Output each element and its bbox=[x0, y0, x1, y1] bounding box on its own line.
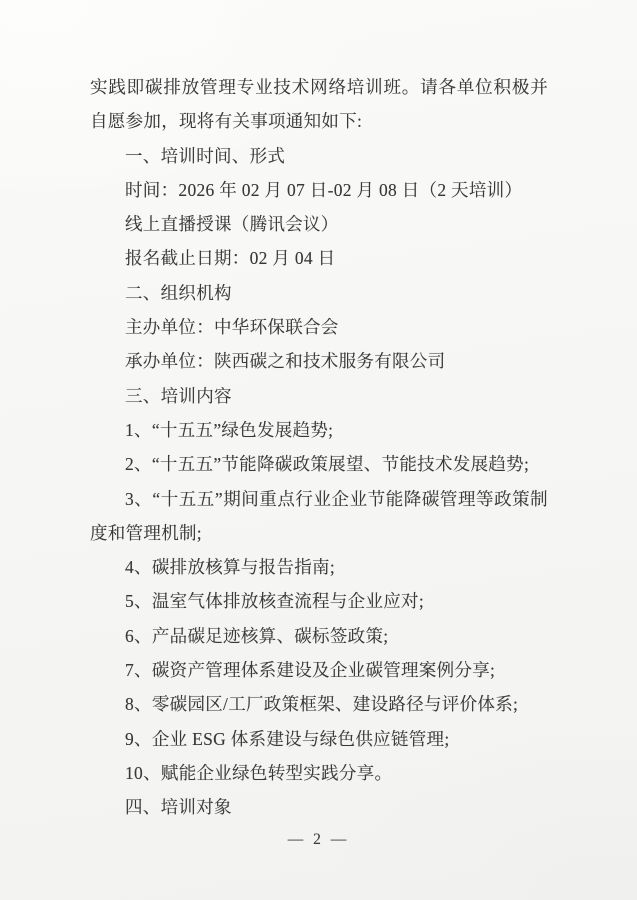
content-item-4: 4、碳排放核算与报告指南; bbox=[90, 550, 548, 584]
page-number: — 2 — bbox=[0, 831, 637, 849]
content-item-10: 10、赋能企业绿色转型实践分享。 bbox=[90, 756, 548, 790]
line-registration-deadline: 报名截止日期：02 月 04 日 bbox=[90, 241, 548, 275]
content-item-2: 2、“十五五”节能降碳政策展望、节能技术发展趋势; bbox=[90, 447, 548, 481]
paragraph-continuation: 实践即碳排放管理专业技术网络培训班。请各单位积极并自愿参加，现将有关事项通知如下… bbox=[90, 70, 548, 139]
content-item-1: 1、“十五五”绿色发展趋势; bbox=[90, 413, 548, 447]
content-item-7: 7、碳资产管理体系建设及企业碳管理案例分享; bbox=[90, 653, 548, 687]
heading-trainees: 四、培训对象 bbox=[90, 790, 548, 824]
content-item-5: 5、温室气体排放核查流程与企业应对; bbox=[90, 584, 548, 618]
heading-training-content: 三、培训内容 bbox=[90, 379, 548, 413]
document-body: 实践即碳排放管理专业技术网络培训班。请各单位积极并自愿参加，现将有关事项通知如下… bbox=[90, 70, 548, 825]
content-item-3: 3、“十五五”期间重点行业企业节能降碳管理等政策制度和管理机制; bbox=[90, 482, 548, 551]
line-training-date: 时间：2026 年 02 月 07 日-02 月 08 日（2 天培训） bbox=[90, 173, 548, 207]
heading-training-time: 一、培训时间、形式 bbox=[90, 139, 548, 173]
content-item-6: 6、产品碳足迹核算、碳标签政策; bbox=[90, 619, 548, 653]
heading-organization: 二、组织机构 bbox=[90, 276, 548, 310]
scanned-document-page: 实践即碳排放管理专业技术网络培训班。请各单位积极并自愿参加，现将有关事项通知如下… bbox=[0, 0, 637, 900]
line-organizer-unit: 承办单位：陕西碳之和技术服务有限公司 bbox=[90, 344, 548, 378]
line-training-format: 线上直播授课（腾讯会议） bbox=[90, 207, 548, 241]
line-host-unit: 主办单位：中华环保联合会 bbox=[90, 310, 548, 344]
content-item-8: 8、零碳园区/工厂政策框架、建设路径与评价体系; bbox=[90, 687, 548, 721]
content-item-9: 9、企业 ESG 体系建设与绿色供应链管理; bbox=[90, 722, 548, 756]
